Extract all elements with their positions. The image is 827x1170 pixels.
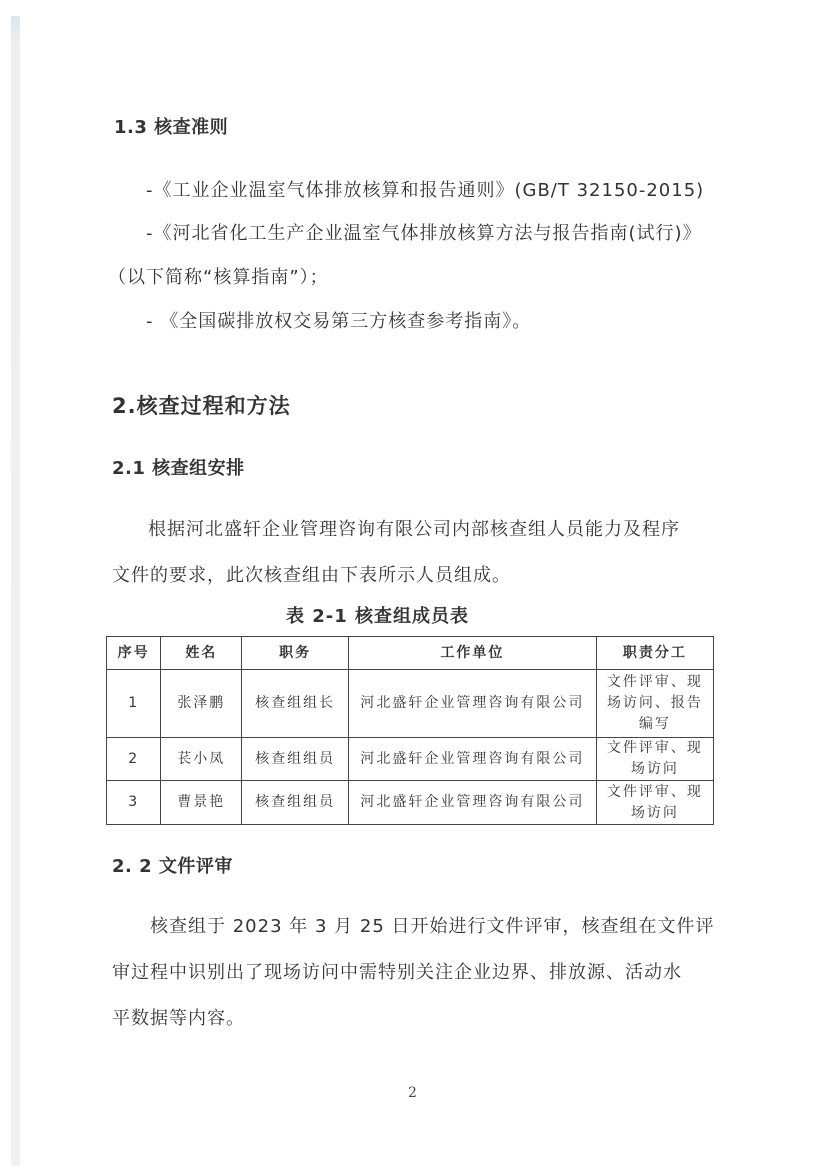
- cell-org: 河北盛轩企业管理咨询有限公司: [348, 781, 596, 825]
- cell-duty: 文件评审、现场访问: [596, 738, 713, 781]
- section-1-3-heading: 1.3 核查准则: [114, 113, 228, 139]
- cell-name: 曹景艳: [161, 781, 242, 825]
- table-row: 3 曹景艳 核查组组员 河北盛轩企业管理咨询有限公司 文件评审、现场访问: [107, 781, 714, 825]
- cell-name: 苌小凤: [161, 738, 242, 781]
- page-number: 2: [408, 1085, 417, 1101]
- cell-post: 核查组组员: [242, 781, 349, 825]
- header-seq: 序号: [107, 637, 161, 670]
- section-2-1-heading: 2.1 核查组安排: [112, 454, 245, 480]
- section-2-heading: 2.核查过程和方法: [112, 390, 291, 420]
- section-2-2-heading: 2. 2 文件评审: [112, 852, 233, 878]
- table-row: 1 张泽鹏 核查组组长 河北盛轩企业管理咨询有限公司 文件评审、现场访问、报告编…: [107, 670, 714, 738]
- cell-post: 核查组组员: [242, 738, 349, 781]
- section-2-2-paragraph-line-3: 平数据等内容。: [112, 1004, 245, 1030]
- criteria-item-1: -《工业企业温室气体排放核算和报告通则》(GB/T 32150-2015): [146, 176, 704, 202]
- scan-edge-strip: [11, 16, 20, 1166]
- cell-org: 河北盛轩企业管理咨询有限公司: [348, 670, 596, 738]
- criteria-item-3: - 《全国碳排放权交易第三方核查参考指南》。: [146, 307, 531, 333]
- cell-duty: 文件评审、现场访问、报告编写: [596, 670, 713, 738]
- section-2-1-paragraph-line-1: 根据河北盛轩企业管理咨询有限公司内部核查组人员能力及程序: [148, 515, 680, 541]
- section-2-2-paragraph-line-1: 核查组于 2023 年 3 月 25 日开始进行文件评审，核查组在文件评: [150, 912, 715, 938]
- section-2-2-paragraph-line-2: 审过程中识别出了现场访问中需特别关注企业边界、排放源、活动水: [112, 958, 682, 984]
- table-header-row: 序号 姓名 职务 工作单位 职责分工: [107, 637, 714, 670]
- header-org: 工作单位: [348, 637, 596, 670]
- table-row: 2 苌小凤 核查组组员 河北盛轩企业管理咨询有限公司 文件评审、现场访问: [107, 738, 714, 781]
- cell-seq: 2: [107, 738, 161, 781]
- section-2-1-paragraph-line-2: 文件的要求，此次核查组由下表所示人员组成。: [112, 561, 511, 587]
- team-members-table: 序号 姓名 职务 工作单位 职责分工 1 张泽鹏 核查组组长 河北盛轩企业管理咨…: [106, 636, 714, 825]
- criteria-item-2: -《河北省化工生产企业温室气体排放核算方法与报告指南(试行)》: [146, 219, 702, 245]
- cell-seq: 3: [107, 781, 161, 825]
- cell-duty: 文件评审、现场访问: [596, 781, 713, 825]
- header-duty: 职责分工: [596, 637, 713, 670]
- header-post: 职务: [242, 637, 349, 670]
- cell-org: 河北盛轩企业管理咨询有限公司: [348, 738, 596, 781]
- cell-name: 张泽鹏: [161, 670, 242, 738]
- cell-post: 核查组组长: [242, 670, 349, 738]
- criteria-item-2-continuation: （以下简称“核算指南”）；: [108, 263, 329, 289]
- table-caption: 表 2-1 核查组成员表: [286, 602, 469, 628]
- cell-seq: 1: [107, 670, 161, 738]
- header-name: 姓名: [161, 637, 242, 670]
